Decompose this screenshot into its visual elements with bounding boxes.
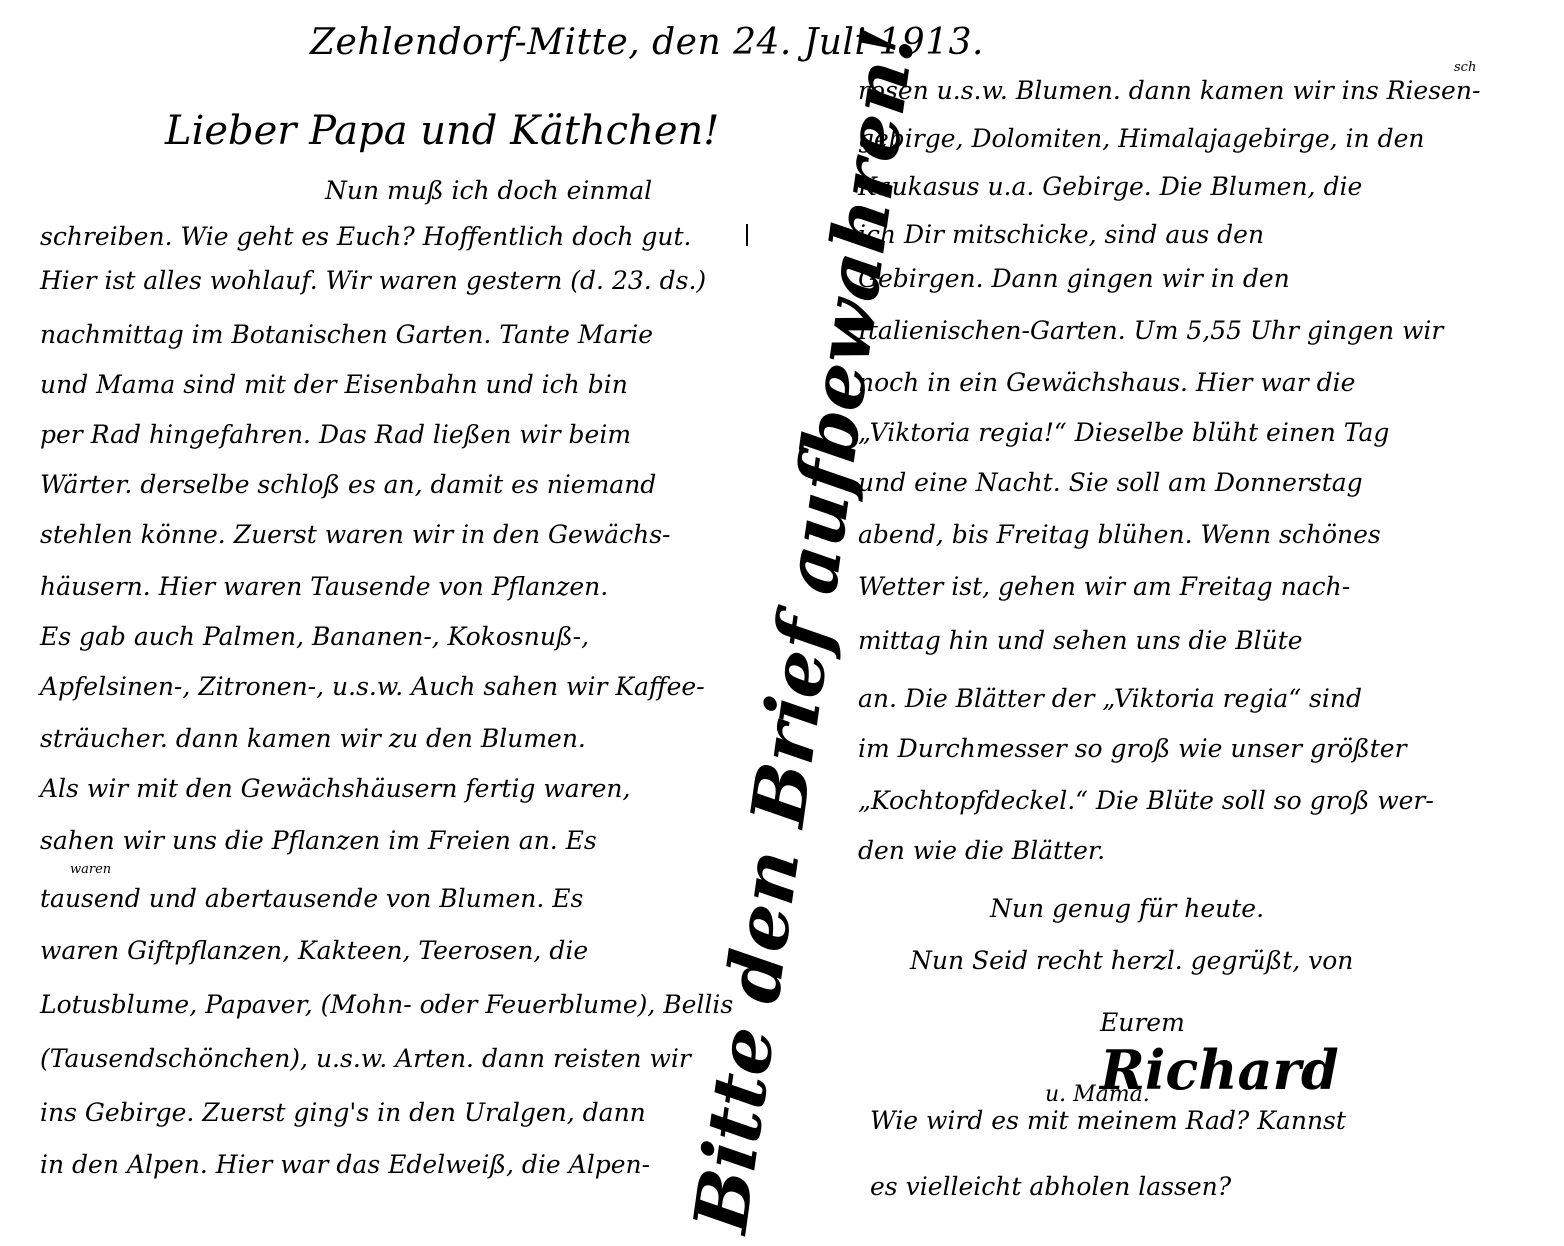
letter-line: „Viktoria regia!“ Dieselbe blüht einen T… (858, 418, 1389, 447)
letter-line: Nun muß ich doch einmal (325, 176, 652, 205)
superscript-note: sch (1454, 60, 1476, 75)
letter-line: „Kochtopfdeckel.“ Die Blüte soll so groß… (858, 786, 1434, 815)
postscript-line-1: Wie wird es mit meinem Rad? Kannst (870, 1106, 1346, 1135)
letter-line: sträucher. dann kamen wir zu den Blumen. (40, 724, 586, 753)
letter-line: rosen u.s.w. Blumen. dann kamen wir ins … (858, 76, 1480, 105)
margin-mark (746, 224, 748, 246)
letter-line: mittag hin und sehen uns die Blüte (858, 626, 1303, 655)
letter-line: Italienischen-Garten. Um 5,55 Uhr gingen… (858, 316, 1443, 345)
letter-line: nachmittag im Botanischen Garten. Tante … (40, 320, 653, 349)
letter-line: stehlen könne. Zuerst waren wir in den G… (40, 520, 670, 549)
letter-line: (Tausendschönchen), u.s.w. Arten. dann r… (40, 1044, 691, 1073)
letter-line: in den Alpen. Hier war das Edelweiß, die… (40, 1150, 650, 1179)
letter-line: abend, bis Freitag blühen. Wenn schönes (858, 520, 1381, 549)
letter-line: noch in ein Gewächshaus. Hier war die (858, 368, 1355, 397)
letter-line: ich Dir mitschicke, sind aus den (858, 220, 1264, 249)
letter-line: häusern. Hier waren Tausende von Pflanze… (40, 572, 608, 601)
letter-line: Wärter. derselbe schloß es an, damit es … (40, 470, 656, 499)
letter-line: Als wir mit den Gewächshäusern fertig wa… (40, 774, 630, 803)
letter-line: sahen wir uns die Pflanzen im Freien an.… (40, 826, 597, 855)
letter-page: Zehlendorf-Mitte, den 24. Juli 1913. Lie… (0, 0, 1564, 1246)
postscript-line-2: es vielleicht abholen lassen? (870, 1172, 1231, 1201)
letter-line: gebirge, Dolomiten, Himalajagebirge, in … (858, 124, 1424, 153)
letter-line: Gebirgen. Dann gingen wir in den (858, 264, 1290, 293)
letter-line: per Rad hingefahren. Das Rad ließen wir … (40, 420, 631, 449)
letter-line: tausend und abertausende von Blumen. Es (40, 884, 583, 913)
letter-line: schreiben. Wie geht es Euch? Hoffentlich… (40, 222, 691, 251)
letter-line: ins Gebirge. Zuerst ging's in den Uralge… (40, 1098, 646, 1127)
letter-line: an. Die Blätter der „Viktoria regia“ sin… (858, 684, 1362, 713)
letter-line: und Mama sind mit der Eisenbahn und ich … (40, 370, 628, 399)
left-column: Nun muß ich doch einmal schreiben. Wie g… (40, 0, 760, 1246)
letter-line: Apfelsinen-, Zitronen-, u.s.w. Auch sahe… (40, 672, 705, 701)
letter-line: Lotusblume, Papaver, (Mohn- oder Feuerbl… (40, 990, 733, 1019)
letter-line: waren Giftpflanzen, Kakteen, Teerosen, d… (40, 936, 588, 965)
closing-line-2: Nun Seid recht herzl. gegrüßt, von (910, 946, 1353, 975)
letter-line: Kaukasus u.a. Gebirge. Die Blumen, die (858, 172, 1362, 201)
letter-line: und eine Nacht. Sie soll am Donnerstag (858, 468, 1363, 497)
letter-line: Es gab auch Palmen, Bananen-, Kokosnuß-, (40, 622, 589, 651)
letter-line: im Durchmesser so groß wie unser größter (858, 734, 1407, 763)
cosigner: u. Mama. (1045, 1082, 1150, 1107)
closing-line-1: Nun genug für heute. (990, 894, 1264, 923)
insertion-note: waren (70, 862, 111, 877)
letter-line: Hier ist alles wohlauf. Wir waren gester… (40, 266, 706, 295)
vertical-note: Bitte den Brief aufbewahren! (760, 40, 850, 1220)
letter-line: den wie die Blätter. (858, 836, 1105, 865)
closing-line-3: Eurem (1100, 1008, 1185, 1037)
letter-line: Wetter ist, gehen wir am Freitag nach- (858, 572, 1350, 601)
